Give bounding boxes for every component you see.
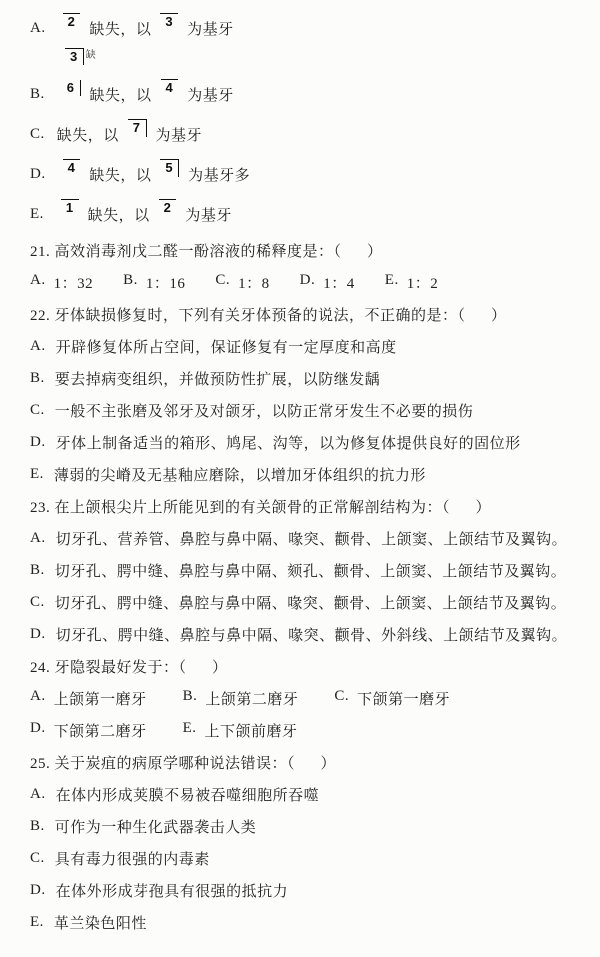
option-item: D.1：4: [300, 272, 355, 293]
option-text: 1：32: [54, 272, 94, 293]
option-label: D.: [30, 166, 46, 183]
option-item: B.1：16: [123, 272, 185, 293]
option-text: 在体内形成荚膜不易被吞噬细胞所吞噬: [56, 784, 320, 805]
option-label: E.: [385, 272, 399, 293]
option-text: 可作为一种生化武器袭击人类: [55, 816, 257, 837]
option-text: 在体外形成芽孢具有很强的抵抗力: [56, 880, 289, 901]
option-line: D.在体外形成芽孢具有很强的抵抗力: [0, 874, 600, 906]
question-text: 25. 关于炭疽的病原学哪种说法错误：（ ）: [30, 752, 336, 773]
option-label: E.: [30, 466, 44, 483]
option-label: E.: [183, 720, 197, 741]
option-label: C.: [30, 126, 45, 143]
option-text: 下颌第一磨牙: [357, 688, 450, 709]
option-text: 为基牙: [156, 124, 203, 145]
tooth-option-line: B.6缺失，以4为基牙: [0, 74, 600, 114]
option-line: B.切牙孔、腭中缝、鼻腔与鼻中隔、颏孔、颧骨、上颌窦、上颌结节及翼钩。: [0, 554, 600, 586]
tooth-notation: 2: [159, 199, 177, 216]
options-row: A.1：32B.1：16C.1：8D.1：4E.1：2: [0, 266, 600, 298]
exam-document-page: A.2缺失，以3为基牙3缺B.6缺失，以4为基牙C.缺失，以7为基牙D.4缺失，…: [0, 0, 600, 957]
option-text: 具有毒力很强的内毒素: [55, 848, 210, 869]
option-label: B.: [30, 562, 45, 579]
option-text: 1：16: [146, 272, 186, 293]
option-label: D.: [30, 626, 46, 643]
tooth-option-line: C.缺失，以7为基牙: [0, 114, 600, 154]
option-line: E.革兰染色阳性: [0, 906, 600, 938]
option-label: A.: [30, 272, 46, 293]
option-line: E.薄弱的尖嵴及无基釉应磨除，以增加牙体组织的抗力形: [0, 458, 600, 490]
option-text: 一般不主张磨及邻牙及对颌牙，以防正常牙发生不必要的损伤: [55, 400, 474, 421]
option-label: B.: [30, 86, 45, 103]
option-label: A.: [30, 530, 46, 547]
option-text: 开辟修复体所占空间，保证修复有一定厚度和高度: [56, 336, 397, 357]
option-text: 1：8: [238, 272, 270, 293]
option-text: 上颌第二磨牙: [205, 688, 298, 709]
option-text: 切牙孔、营养管、鼻腔与鼻中隔、喙突、颧骨、上颌窦、上颌结节及翼钩。: [56, 528, 568, 549]
tooth-notation: 5: [160, 159, 179, 176]
option-label: C.: [30, 594, 45, 611]
option-item: D.下颌第二磨牙: [30, 720, 147, 741]
option-label: E.: [30, 206, 44, 223]
option-item: C.下颌第一磨牙: [334, 688, 450, 709]
option-line: A.开辟修复体所占空间，保证修复有一定厚度和高度: [0, 330, 600, 362]
small-annotation: 缺: [86, 46, 97, 61]
option-label: D.: [300, 272, 316, 293]
question-text: 21. 高效消毒剂戊二醛一酚溶液的稀释度是：（ ）: [30, 240, 383, 261]
question-text: 22. 牙体缺损修复时，下列有关牙体预备的说法，不正确的是：（ ）: [30, 304, 507, 325]
option-item: E.上下颌前磨牙: [183, 720, 298, 741]
option-line: D.牙体上制备适当的箱形、鸠尾、沟等，以为修复体提供良好的固位形: [0, 426, 600, 458]
option-label: D.: [30, 882, 46, 899]
option-line: A.在体内形成荚膜不易被吞噬细胞所吞噬: [0, 778, 600, 810]
option-item: A.上颌第一磨牙: [30, 688, 147, 709]
option-text: 要去掉病变组织，并做预防性扩展，以防继发龋: [55, 368, 381, 389]
question-line: 21. 高效消毒剂戊二醛一酚溶液的稀释度是：（ ）: [0, 234, 600, 266]
question-text: 23. 在上颌根尖片上所能见到的有关颌骨的正常解剖结构为：（ ）: [30, 496, 491, 517]
option-item: A.1：32: [30, 272, 93, 293]
tooth-notation: 7: [128, 119, 147, 136]
option-text: 为基牙多: [188, 164, 250, 185]
tooth-notation: 6: [62, 80, 81, 96]
tooth-notation: 1: [61, 199, 79, 216]
option-label: D.: [30, 720, 46, 741]
option-text: 缺失，以: [90, 84, 152, 105]
option-text: 革兰染色阳性: [54, 912, 147, 933]
option-line: C.一般不主张磨及邻牙及对颌牙，以防正常牙发生不必要的损伤: [0, 394, 600, 426]
option-text: 为基牙: [187, 84, 234, 105]
options-row: A.上颌第一磨牙B.上颌第二磨牙C.下颌第一磨牙: [0, 682, 600, 714]
tooth-notation: 4: [161, 79, 179, 96]
question-text: 24. 牙隐裂最好发于：（ ）: [30, 656, 228, 677]
option-text: 缺失，以: [89, 164, 151, 185]
option-text: 上颌第一磨牙: [54, 688, 147, 709]
option-text: 1：4: [323, 272, 355, 293]
option-text: 切牙孔、腭中缝、鼻腔与鼻中隔、喙突、颧骨、上颌窦、上颌结节及翼钩。: [55, 592, 567, 613]
options-row: D.下颌第二磨牙E.上下颌前磨牙: [0, 714, 600, 746]
option-label: A.: [30, 688, 46, 709]
option-line: A.切牙孔、营养管、鼻腔与鼻中隔、喙突、颧骨、上颌窦、上颌结节及翼钩。: [0, 522, 600, 554]
option-text: 缺失，以: [57, 124, 119, 145]
option-text: 1：2: [407, 272, 439, 293]
option-line: D.切牙孔、腭中缝、鼻腔与鼻中隔、喙突、颧骨、外斜线、上颌结节及翼钩。: [0, 618, 600, 650]
option-label: A.: [30, 338, 46, 355]
option-text: 上下颌前磨牙: [205, 720, 298, 741]
option-label: E.: [30, 914, 44, 931]
option-item: C.1：8: [215, 272, 269, 293]
tooth-option-line: A.2缺失，以3为基牙: [0, 8, 600, 48]
option-text: 为基牙: [187, 18, 234, 39]
question-line: 22. 牙体缺损修复时，下列有关牙体预备的说法，不正确的是：（ ）: [0, 298, 600, 330]
option-item: B.上颌第二磨牙: [183, 688, 299, 709]
option-text: 下颌第二磨牙: [54, 720, 147, 741]
option-line: C.切牙孔、腭中缝、鼻腔与鼻中隔、喙突、颧骨、上颌窦、上颌结节及翼钩。: [0, 586, 600, 618]
option-label: B.: [123, 272, 138, 293]
option-label: A.: [30, 20, 46, 37]
tooth-notation-line: 3缺: [0, 48, 600, 74]
tooth-notation: 4: [63, 159, 81, 176]
tooth-notation: 3: [160, 13, 178, 30]
option-label: B.: [30, 818, 45, 835]
question-line: 25. 关于炭疽的病原学哪种说法错误：（ ）: [0, 746, 600, 778]
tooth-notation: 2: [63, 13, 81, 30]
question-line: 24. 牙隐裂最好发于：（ ）: [0, 650, 600, 682]
question-line: 23. 在上颌根尖片上所能见到的有关颌骨的正常解剖结构为：（ ）: [0, 490, 600, 522]
option-text: 缺失，以: [88, 204, 150, 225]
option-label: C.: [30, 402, 45, 419]
option-line: B.可作为一种生化武器袭击人类: [0, 810, 600, 842]
option-label: C.: [334, 688, 349, 709]
tooth-option-line: D.4缺失，以5为基牙多: [0, 154, 600, 194]
option-label: B.: [183, 688, 198, 709]
option-line: B.要去掉病变组织，并做预防性扩展，以防继发龋: [0, 362, 600, 394]
option-label: A.: [30, 786, 46, 803]
option-text: 切牙孔、腭中缝、鼻腔与鼻中隔、喙突、颧骨、外斜线、上颌结节及翼钩。: [56, 624, 568, 645]
tooth-notation: 3: [65, 48, 84, 65]
option-text: 薄弱的尖嵴及无基釉应磨除，以增加牙体组织的抗力形: [54, 464, 426, 485]
option-text: 缺失，以: [89, 18, 151, 39]
option-label: C.: [30, 850, 45, 867]
option-text: 牙体上制备适当的箱形、鸠尾、沟等，以为修复体提供良好的固位形: [56, 432, 521, 453]
option-label: D.: [30, 434, 46, 451]
tooth-option-line: E.1缺失，以2为基牙: [0, 194, 600, 234]
option-line: C.具有毒力很强的内毒素: [0, 842, 600, 874]
option-text: 切牙孔、腭中缝、鼻腔与鼻中隔、颏孔、颧骨、上颌窦、上颌结节及翼钩。: [55, 560, 567, 581]
option-label: B.: [30, 370, 45, 387]
option-text: 为基牙: [185, 204, 232, 225]
option-label: C.: [215, 272, 230, 293]
option-item: E.1：2: [385, 272, 438, 293]
